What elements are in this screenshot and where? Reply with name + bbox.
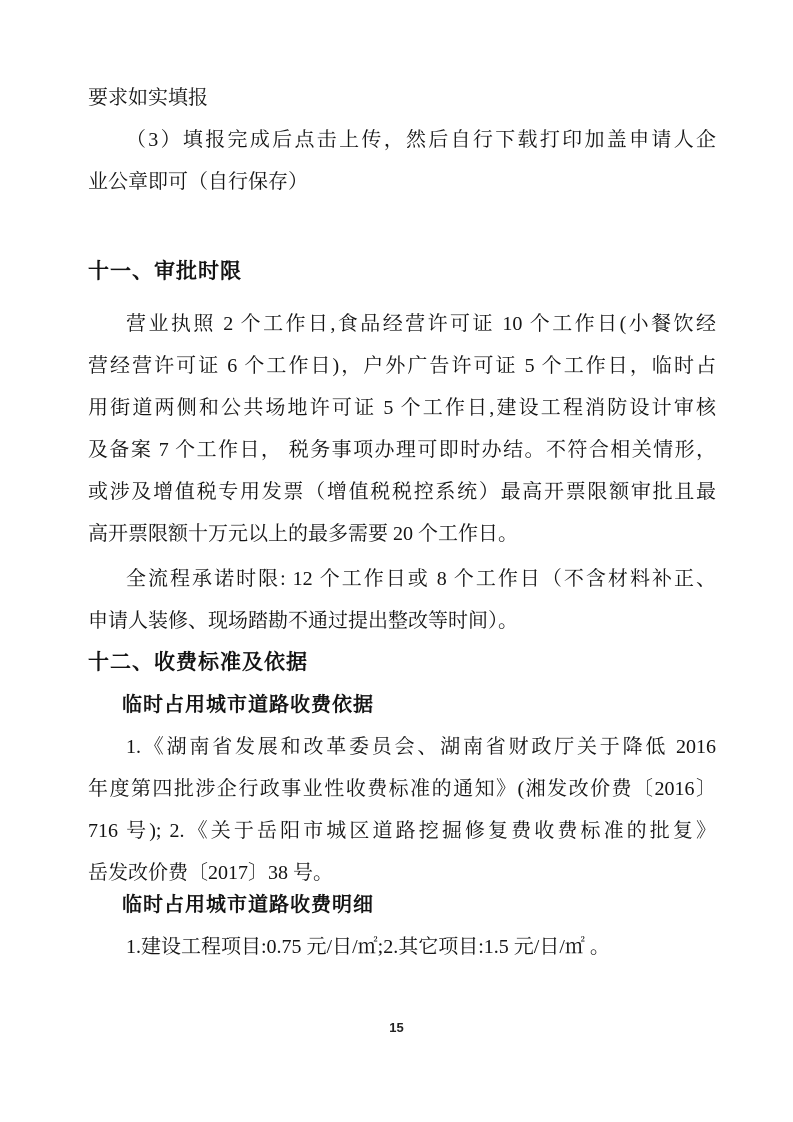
fee-detail-line: 1.建设工程项目:0.75 元/日/㎡;2.其它项目:1.5 元/日/㎡ 。 — [88, 926, 716, 968]
document-page: 要求如实填报 （3）填报完成后点击上传，然后自行下载打印加盖申请人企 业公章即可… — [0, 0, 793, 1122]
road-fee-detail-subheading: 临时占用城市道路收费明细 — [88, 884, 716, 926]
commitment-line-2: 申请人装修、现场踏勘不通过提出整改等时间）。 — [88, 600, 716, 642]
approval-time-line-4: 及备案 7 个工作日， 税务事项办理可即时办结。不符合相关情形， — [88, 429, 716, 471]
approval-time-line-6: 高开票限额十万元以上的最多需要 20 个工作日。 — [88, 513, 716, 555]
step3-line-1: （3）填报完成后点击上传，然后自行下载打印加盖申请人企 — [88, 119, 716, 161]
intro-line: 要求如实填报 — [88, 77, 716, 119]
section-12-heading: 十二、收费标准及依据 — [88, 642, 716, 684]
step3-line-2: 业公章即可（自行保存） — [88, 161, 716, 203]
document-body: 要求如实填报 （3）填报完成后点击上传，然后自行下载打印加盖申请人企 业公章即可… — [88, 77, 716, 968]
commitment-line-1: 全流程承诺时限: 12 个工作日或 8 个工作日（不含材料补正、 — [88, 558, 716, 600]
approval-time-line-3: 用街道两侧和公共场地许可证 5 个工作日,建设工程消防设计审核 — [88, 387, 716, 429]
approval-time-line-2: 营经营许可证 6 个工作日)，户外广告许可证 5 个工作日，临时占 — [88, 345, 716, 387]
approval-time-line-1: 营业执照 2 个工作日,食品经营许可证 10 个工作日(小餐饮经 — [88, 303, 716, 345]
section-11-heading: 十一、审批时限 — [88, 251, 716, 293]
fee-basis-line-3: 716 号); 2.《关于岳阳市城区道路挖掘修复费收费标准的批复》 — [88, 810, 716, 852]
road-fee-basis-subheading: 临时占用城市道路收费依据 — [88, 684, 716, 726]
approval-time-line-5: 或涉及增值税专用发票（增值税税控系统）最高开票限额审批且最 — [88, 471, 716, 513]
page-number: 15 — [0, 1020, 793, 1035]
fee-basis-line-2: 年度第四批涉企行政事业性收费标准的通知》(湘发改价费〔2016〕 — [88, 768, 716, 810]
fee-basis-line-1: 1.《湖南省发展和改革委员会、湖南省财政厅关于降低 2016 — [88, 726, 716, 768]
